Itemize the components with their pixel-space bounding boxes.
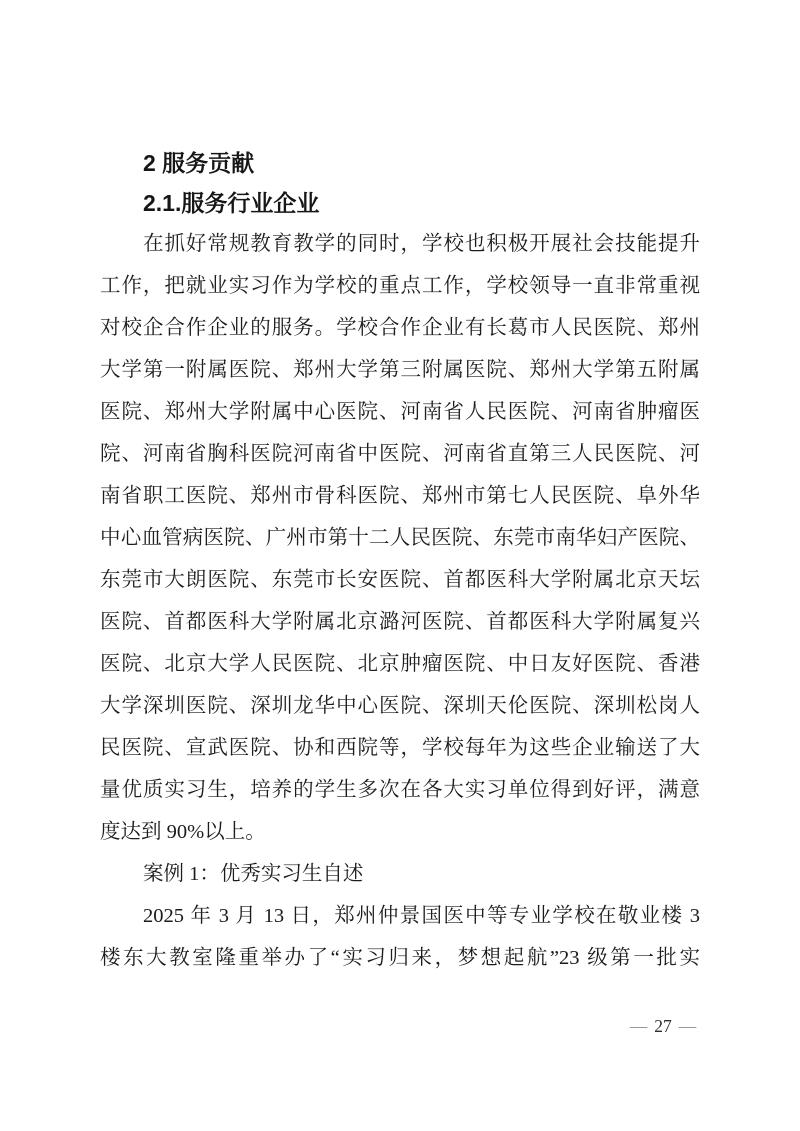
page-number: 27 [654, 1016, 672, 1036]
paragraph-case-study: 2025 年 3 月 13 日，郑州仲景国医中等专业学校在敬业楼 3楼东大教室隆… [100, 895, 700, 979]
text-line: 东莞市大朗医院、东莞市长安医院、首都医科大学附属北京天坛 [100, 559, 700, 601]
paragraph-service-enterprises: 在抓好常规教育教学的同时，学校也积极开展社会技能提升工作，把就业实习作为学校的重… [100, 223, 700, 853]
footer-dash-right: — [672, 1016, 704, 1036]
text-line: 度达到 90%以上。 [100, 811, 700, 853]
text-line: 量优质实习生，培养的学生多次在各大实习单位得到好评，满意 [100, 769, 700, 811]
text-line: 工作，把就业实习作为学校的重点工作，学校领导一直非常重视 [100, 265, 700, 307]
text-line: 在抓好常规教育教学的同时，学校也积极开展社会技能提升 [100, 223, 700, 265]
document-page: 2 服务贡献 2.1.服务行业企业 在抓好常规教育教学的同时，学校也积极开展社会… [0, 0, 800, 1131]
section-heading: 2 服务贡献 [100, 143, 700, 183]
text-line: 医院、郑州大学附属中心医院、河南省人民医院、河南省肿瘤医 [100, 391, 700, 433]
text-line: 楼东大教室隆重举办了“实习归来，梦想起航”23 级第一批实 [100, 937, 700, 979]
case-study-label: 案例 1：优秀实习生自述 [100, 853, 700, 895]
text-line: 医院、首都医科大学附属北京潞河医院、首都医科大学附属复兴 [100, 601, 700, 643]
subsection-heading: 2.1.服务行业企业 [100, 183, 700, 223]
text-line: 民医院、宣武医院、协和西院等，学校每年为这些企业输送了大 [100, 727, 700, 769]
footer-dash-left: — [623, 1016, 655, 1036]
text-line: 对校企合作企业的服务。学校合作企业有长葛市人民医院、郑州 [100, 307, 700, 349]
text-line: 大学深圳医院、深圳龙华中心医院、深圳天伦医院、深圳松岗人 [100, 685, 700, 727]
text-line: 院、河南省胸科医院河南省中医院、河南省直第三人民医院、河 [100, 433, 700, 475]
page-content: 2 服务贡献 2.1.服务行业企业 在抓好常规教育教学的同时，学校也积极开展社会… [100, 143, 700, 979]
text-line: 2025 年 3 月 13 日，郑州仲景国医中等专业学校在敬业楼 3 [100, 895, 700, 937]
text-line: 医院、北京大学人民医院、北京肿瘤医院、中日友好医院、香港 [100, 643, 700, 685]
page-footer: —27— [593, 1014, 733, 1038]
text-line: 中心血管病医院、广州市第十二人民医院、东莞市南华妇产医院、 [100, 517, 700, 559]
text-line: 南省职工医院、郑州市骨科医院、郑州市第七人民医院、阜外华 [100, 475, 700, 517]
text-line: 大学第一附属医院、郑州大学第三附属医院、郑州大学第五附属 [100, 349, 700, 391]
